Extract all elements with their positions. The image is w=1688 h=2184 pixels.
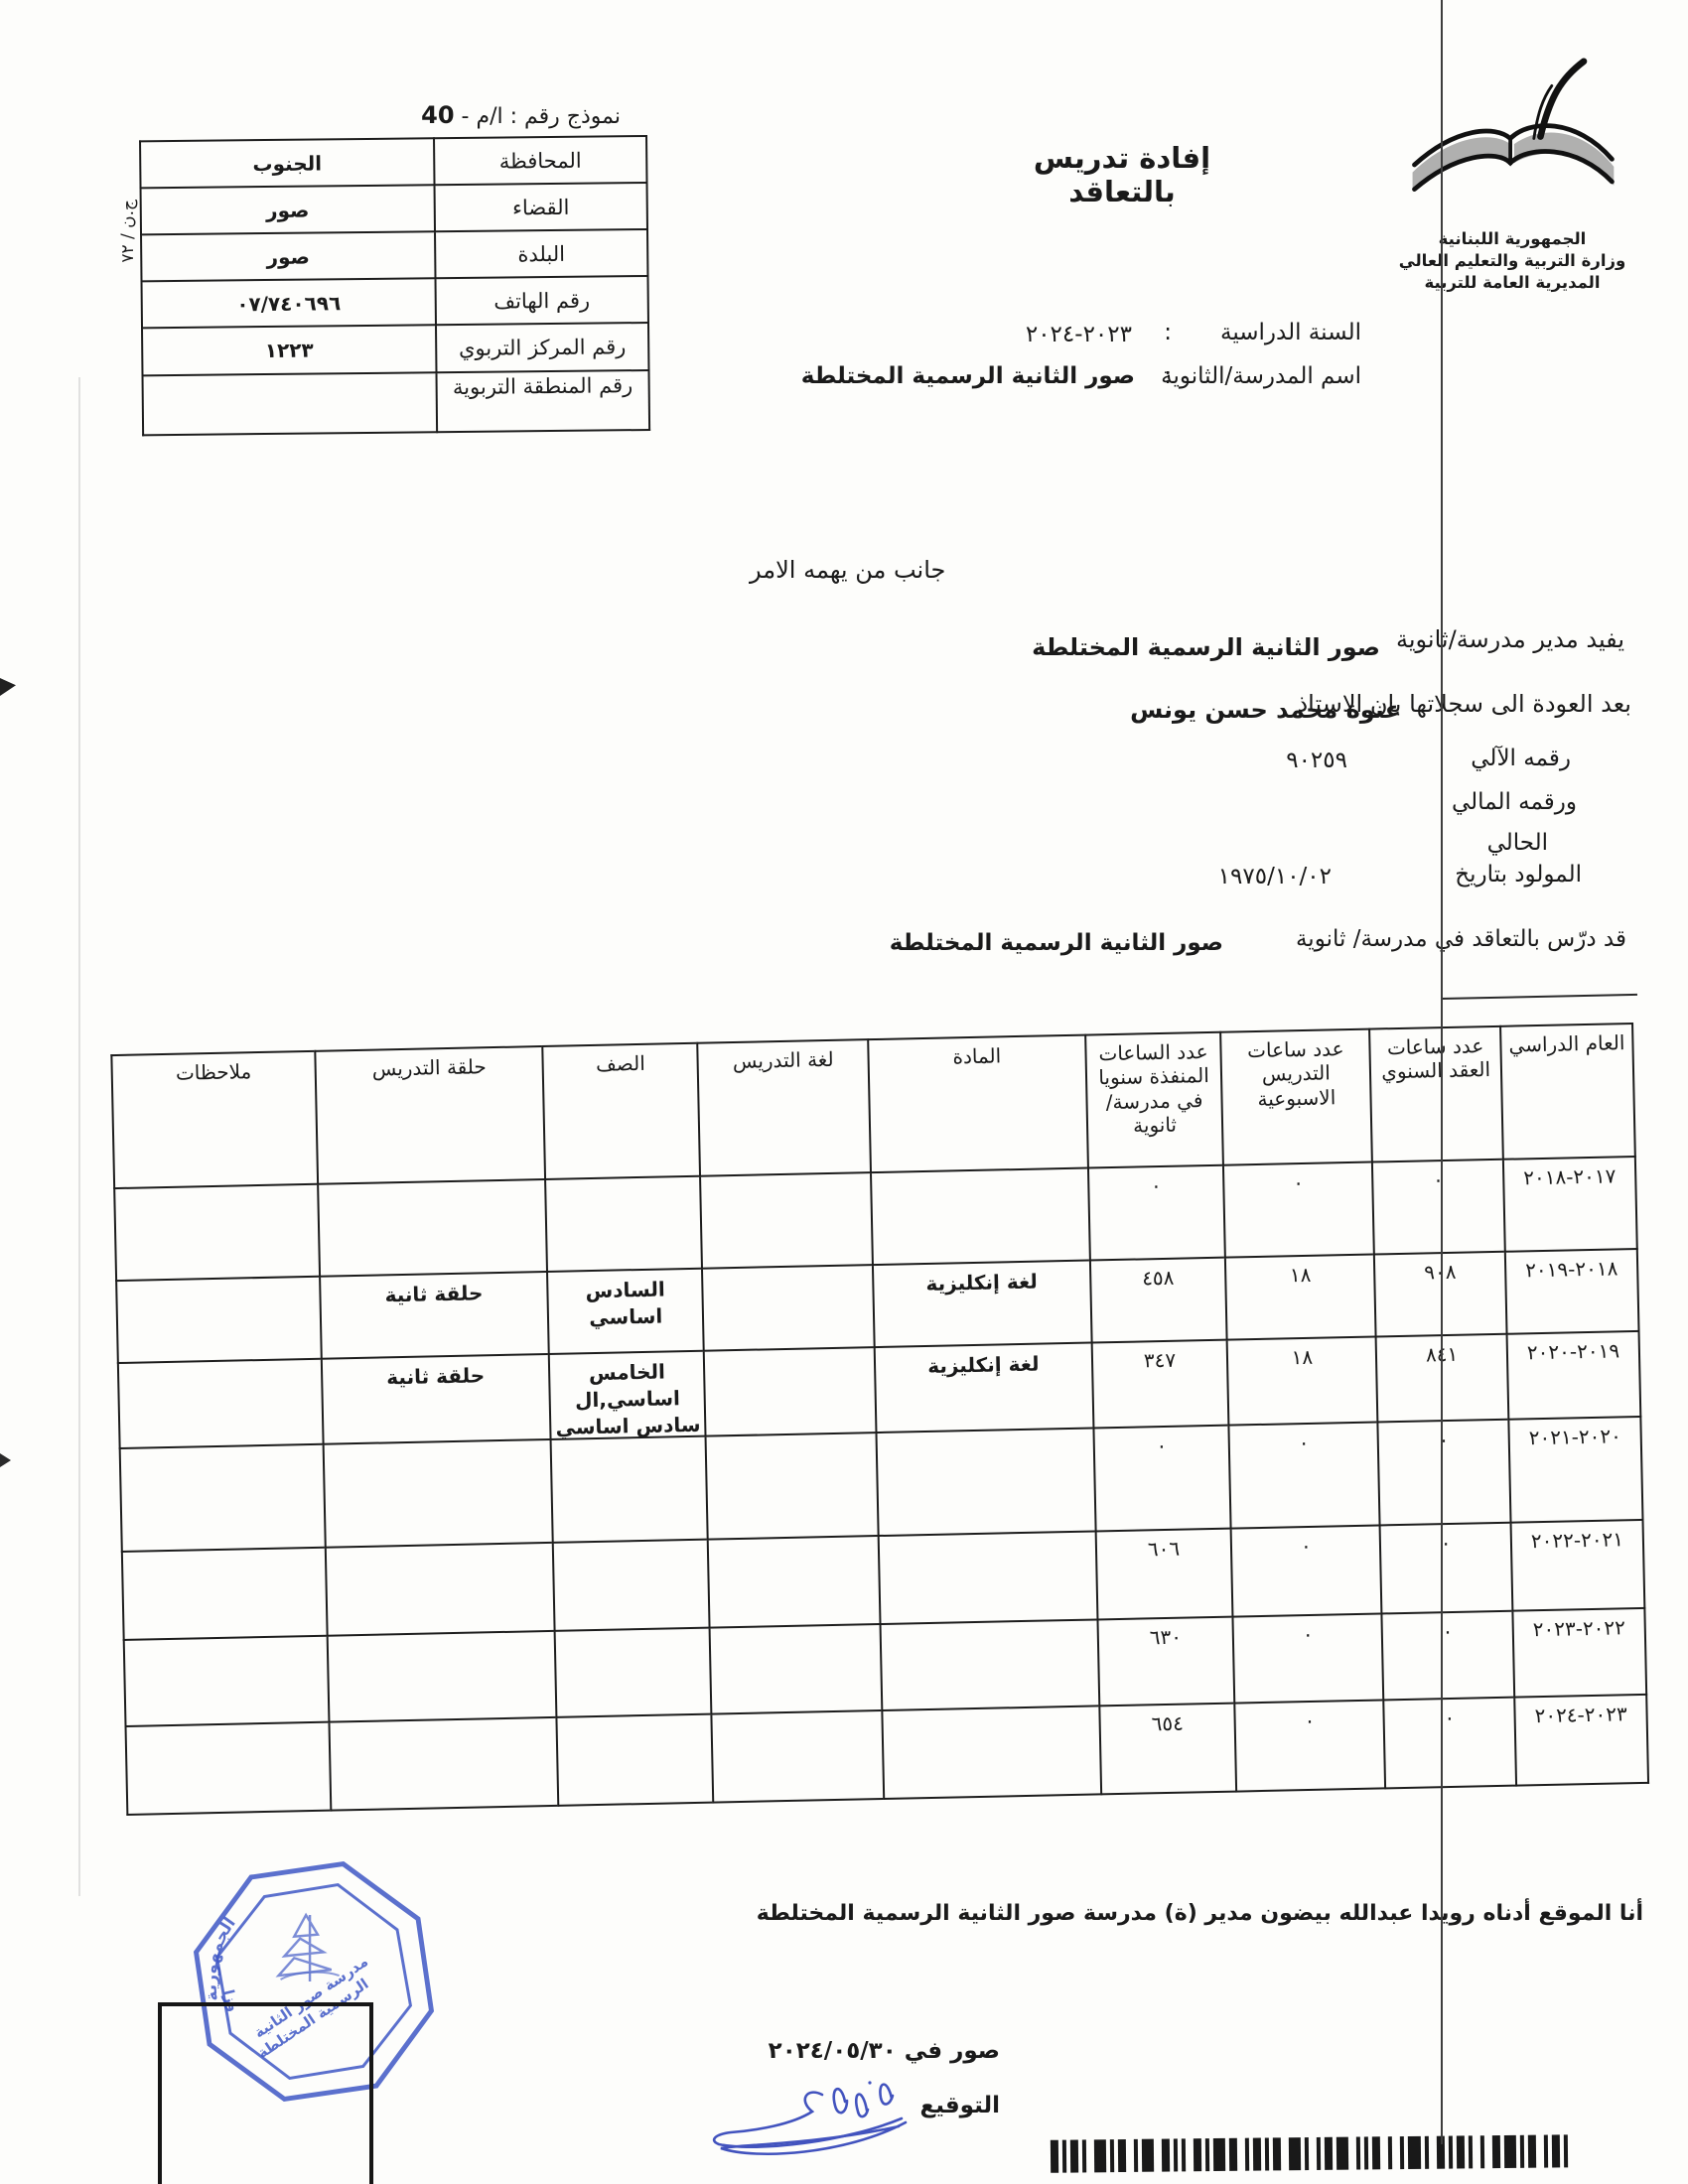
cell-executed-hours: ٦٠٦ bbox=[1095, 1529, 1233, 1620]
cell-executed-hours: ٣٤٧ bbox=[1091, 1340, 1229, 1429]
cell-cycle: حلقة ثانية bbox=[322, 1354, 551, 1444]
col-header-language: لغة التدريس bbox=[697, 1039, 871, 1176]
location-info-table: المحافظة الجنوب القضاء صور البلدة صور رق… bbox=[139, 135, 650, 436]
col-header-notes: ملاحظات bbox=[111, 1051, 317, 1188]
form-number-line: نموذج رقم : ا/م - 40 bbox=[421, 101, 621, 129]
side-reference-note: ج.ن / ٧٢ bbox=[118, 200, 140, 319]
cell-year: ٢٠١٩-٢٠٢٠ bbox=[1507, 1331, 1641, 1420]
principal-declaration: أنا الموقع أدناه رويدا عبدالله بيضون مدي… bbox=[757, 1901, 1643, 1926]
cell-weekly-hours: ٠ bbox=[1231, 1525, 1382, 1616]
cell-contract-hours: ٠ bbox=[1382, 1611, 1515, 1701]
barcode-bar bbox=[1142, 2139, 1154, 2172]
cell-executed-hours: ٤٥٨ bbox=[1089, 1258, 1227, 1343]
cell-cycle bbox=[323, 1439, 553, 1548]
ministry-logo-text: الجمهورية اللبنانية وزارة التربية والتعل… bbox=[1378, 228, 1646, 294]
cell-weekly-hours: ١٨ bbox=[1225, 1255, 1376, 1340]
cell-notes bbox=[116, 1277, 321, 1363]
barcode-bar bbox=[1213, 2138, 1225, 2171]
cell-subject: لغة إنكليزية bbox=[873, 1261, 1091, 1348]
col-header-contract-hours: عدد ساعات العقد السنوي bbox=[1369, 1026, 1503, 1162]
town-value: صور bbox=[141, 231, 435, 281]
col-header-weekly-hours: عدد ساعات التدريس الاسبوعية bbox=[1221, 1029, 1373, 1165]
place-and-date: صور في ٢٠٢٤/٠٥/٣٠ bbox=[769, 2038, 1000, 2064]
cell-subject bbox=[879, 1531, 1097, 1624]
signature-label: التوقيع bbox=[920, 2093, 1001, 2118]
col-header-cycle: حلقة التدريس bbox=[315, 1046, 545, 1184]
teacher-name-value: غنوة محمد حسن يونس bbox=[1130, 696, 1401, 724]
table-row: البلدة صور bbox=[141, 229, 647, 281]
cell-grade: الخامس اساسي,ال سادس اساسي bbox=[549, 1351, 706, 1439]
logo-line-republic: الجمهورية اللبنانية bbox=[1378, 228, 1646, 250]
cell-contract-hours: ٠ bbox=[1384, 1698, 1517, 1789]
cell-language bbox=[700, 1172, 873, 1269]
cell-subject bbox=[871, 1168, 1090, 1266]
cell-year: ٢٠٢٣-٢٠٢٤ bbox=[1514, 1695, 1648, 1786]
cell-grade: السادس اساسي bbox=[547, 1269, 704, 1354]
table-row: رقم المركز التربوي ١٢٢٣ bbox=[142, 323, 648, 375]
cell-executed-hours: ٠ bbox=[1088, 1165, 1226, 1261]
cell-cycle: حلقة ثانية bbox=[320, 1272, 549, 1359]
center-number-value: ١٢٢٣ bbox=[142, 325, 436, 375]
center-number-label: رقم المركز التربوي bbox=[436, 323, 649, 372]
cell-year: ٢٠٢١-٢٠٢٢ bbox=[1511, 1520, 1645, 1611]
school-name-colon: : bbox=[1164, 363, 1172, 389]
cell-year: ٢٠٢٠-٢٠٢١ bbox=[1508, 1417, 1642, 1523]
school-name-label: اسم المدرسة/الثانوية bbox=[1161, 363, 1361, 389]
empty-field-box bbox=[158, 2002, 373, 2184]
cell-contract-hours: ٠ bbox=[1380, 1523, 1513, 1614]
district-label: القضاء bbox=[434, 183, 647, 231]
table-row: القضاء صور bbox=[141, 183, 647, 234]
cell-cycle bbox=[329, 1717, 558, 1811]
barcode bbox=[1051, 2134, 1577, 2173]
cell-subject bbox=[876, 1428, 1095, 1536]
cell-language bbox=[702, 1265, 874, 1351]
cell-grade bbox=[551, 1436, 708, 1543]
taught-statement-label: قد درّس بالتعاقد في مدرسة/ ثانوية bbox=[1296, 926, 1626, 952]
cell-grade bbox=[555, 1628, 712, 1717]
teaching-record-table: العام الدراسي عدد ساعات العقد السنوي عدد… bbox=[110, 1023, 1649, 1816]
col-header-executed-hours: عدد الساعات المنفذة سنويا في مدرسة/ثانوي… bbox=[1085, 1032, 1224, 1168]
cell-language bbox=[706, 1433, 879, 1540]
cell-subject bbox=[882, 1706, 1100, 1799]
scan-edge-mark bbox=[0, 1453, 11, 1467]
scan-edge-mark bbox=[0, 678, 16, 696]
col-header-subject: المادة bbox=[868, 1035, 1087, 1173]
cell-language bbox=[712, 1710, 885, 1803]
phone-label: رقم الهاتف bbox=[435, 276, 648, 325]
col-header-year: العام الدراسي bbox=[1500, 1024, 1635, 1160]
school-year-colon: : bbox=[1164, 320, 1172, 345]
phone-value: ٠٧/٧٤٠٦٩٦ bbox=[142, 278, 436, 328]
cell-grade bbox=[557, 1714, 714, 1806]
cell-notes bbox=[118, 1359, 323, 1448]
cell-executed-hours: ٦٣٠ bbox=[1097, 1617, 1235, 1706]
cell-year: ٢٠٢٢-٢٠٢٣ bbox=[1512, 1608, 1646, 1698]
zone-number-value bbox=[143, 372, 438, 435]
cell-notes bbox=[124, 1636, 330, 1726]
zone-number-label: رقم المنطقة التربوية bbox=[436, 370, 649, 432]
governorate-label: المحافظة bbox=[434, 136, 647, 185]
cell-grade bbox=[545, 1176, 702, 1272]
auto-number-value: ٩٠٢٥٩ bbox=[1286, 748, 1347, 773]
scan-edge-streak bbox=[78, 377, 80, 1896]
school-year-label: السنة الدراسية bbox=[1220, 320, 1361, 345]
form-number-value: 40 bbox=[421, 101, 454, 129]
cell-weekly-hours: ٠ bbox=[1235, 1700, 1386, 1791]
cell-year: ٢٠١٧-٢٠١٨ bbox=[1503, 1157, 1637, 1252]
cell-notes bbox=[120, 1444, 326, 1552]
barcode-gap bbox=[1567, 2134, 1575, 2167]
school-name-value: صور الثانية الرسمية المختلطة bbox=[801, 363, 1135, 389]
principal-statement-label: يفيد مدير مدرسة/ثانوية bbox=[1396, 625, 1624, 653]
handwritten-signature bbox=[695, 2067, 928, 2171]
governorate-value: الجنوب bbox=[140, 138, 434, 188]
form-number-label: نموذج رقم : ا/م - bbox=[462, 104, 621, 129]
cell-weekly-hours: ٠ bbox=[1223, 1162, 1374, 1258]
town-label: البلدة bbox=[435, 229, 648, 278]
cell-executed-hours: ٦٥٤ bbox=[1099, 1704, 1237, 1795]
principal-school-value: صور الثانية الرسمية المختلطة bbox=[1032, 633, 1380, 661]
financial-number-label: ورقمه المالي bbox=[1452, 789, 1577, 815]
cell-year: ٢٠١٨-٢٠١٩ bbox=[1505, 1249, 1639, 1334]
barcode-bar bbox=[1094, 2139, 1106, 2172]
cell-cycle bbox=[327, 1631, 556, 1722]
school-year-value: ٢٠٢٣-٢٠٢٤ bbox=[1026, 322, 1132, 347]
cell-weekly-hours: ١٨ bbox=[1227, 1336, 1378, 1425]
cell-cycle bbox=[318, 1179, 547, 1277]
barcode-bar bbox=[1408, 2136, 1420, 2169]
table-row: رقم المنطقة التربوية bbox=[143, 370, 650, 435]
cell-subject bbox=[880, 1619, 1098, 1710]
taught-school-value: صور الثانية الرسمية المختلطة bbox=[890, 930, 1223, 956]
birth-date-value: ١٩٧٥/١٠/٠٢ bbox=[1218, 864, 1332, 889]
birth-date-label: المولود بتاريخ bbox=[1455, 862, 1582, 887]
cell-notes bbox=[122, 1548, 328, 1640]
cell-weekly-hours: ٠ bbox=[1233, 1613, 1384, 1703]
cell-grade bbox=[553, 1540, 710, 1631]
to-whom-heading: جانب من يهمه الامر bbox=[750, 556, 945, 584]
document-title: إفادة تدريس بالتعاقد bbox=[998, 141, 1246, 208]
barcode-bar bbox=[1289, 2137, 1301, 2170]
auto-number-label: رقمه الآلي bbox=[1471, 746, 1571, 771]
cell-language bbox=[704, 1347, 877, 1436]
ministry-logo-icon bbox=[1388, 58, 1636, 236]
logo-line-directorate: المديرية العامة للتربية bbox=[1378, 272, 1646, 294]
logo-line-ministry: وزارة التربية والتعليم العالي bbox=[1378, 250, 1646, 272]
col-header-grade: الصف bbox=[543, 1043, 701, 1179]
cell-notes bbox=[126, 1722, 332, 1815]
district-value: صور bbox=[141, 185, 435, 234]
cell-language bbox=[708, 1536, 881, 1628]
scanned-document-page: الجمهورية اللبنانية وزارة التربية والتعل… bbox=[0, 0, 1688, 2184]
cell-cycle bbox=[326, 1543, 555, 1636]
table-row: المحافظة الجنوب bbox=[140, 136, 646, 188]
barcode-bar bbox=[1503, 2135, 1515, 2168]
table-row: رقم الهاتف ٠٧/٧٤٠٦٩٦ bbox=[142, 276, 648, 328]
cell-subject: لغة إنكليزية bbox=[875, 1343, 1093, 1433]
scan-stray-line bbox=[1441, 994, 1637, 1000]
cell-contract-hours: ٠ bbox=[1378, 1420, 1511, 1526]
scan-fold-line bbox=[1441, 0, 1443, 2144]
barcode-bar bbox=[1336, 2137, 1348, 2170]
cell-weekly-hours: ٠ bbox=[1229, 1422, 1380, 1528]
cell-language bbox=[710, 1624, 883, 1714]
financial-number-label2: الحالي bbox=[1487, 830, 1548, 856]
cell-executed-hours: ٠ bbox=[1093, 1426, 1231, 1532]
cell-notes bbox=[114, 1184, 320, 1281]
cell-contract-hours: ٠ bbox=[1372, 1160, 1505, 1255]
